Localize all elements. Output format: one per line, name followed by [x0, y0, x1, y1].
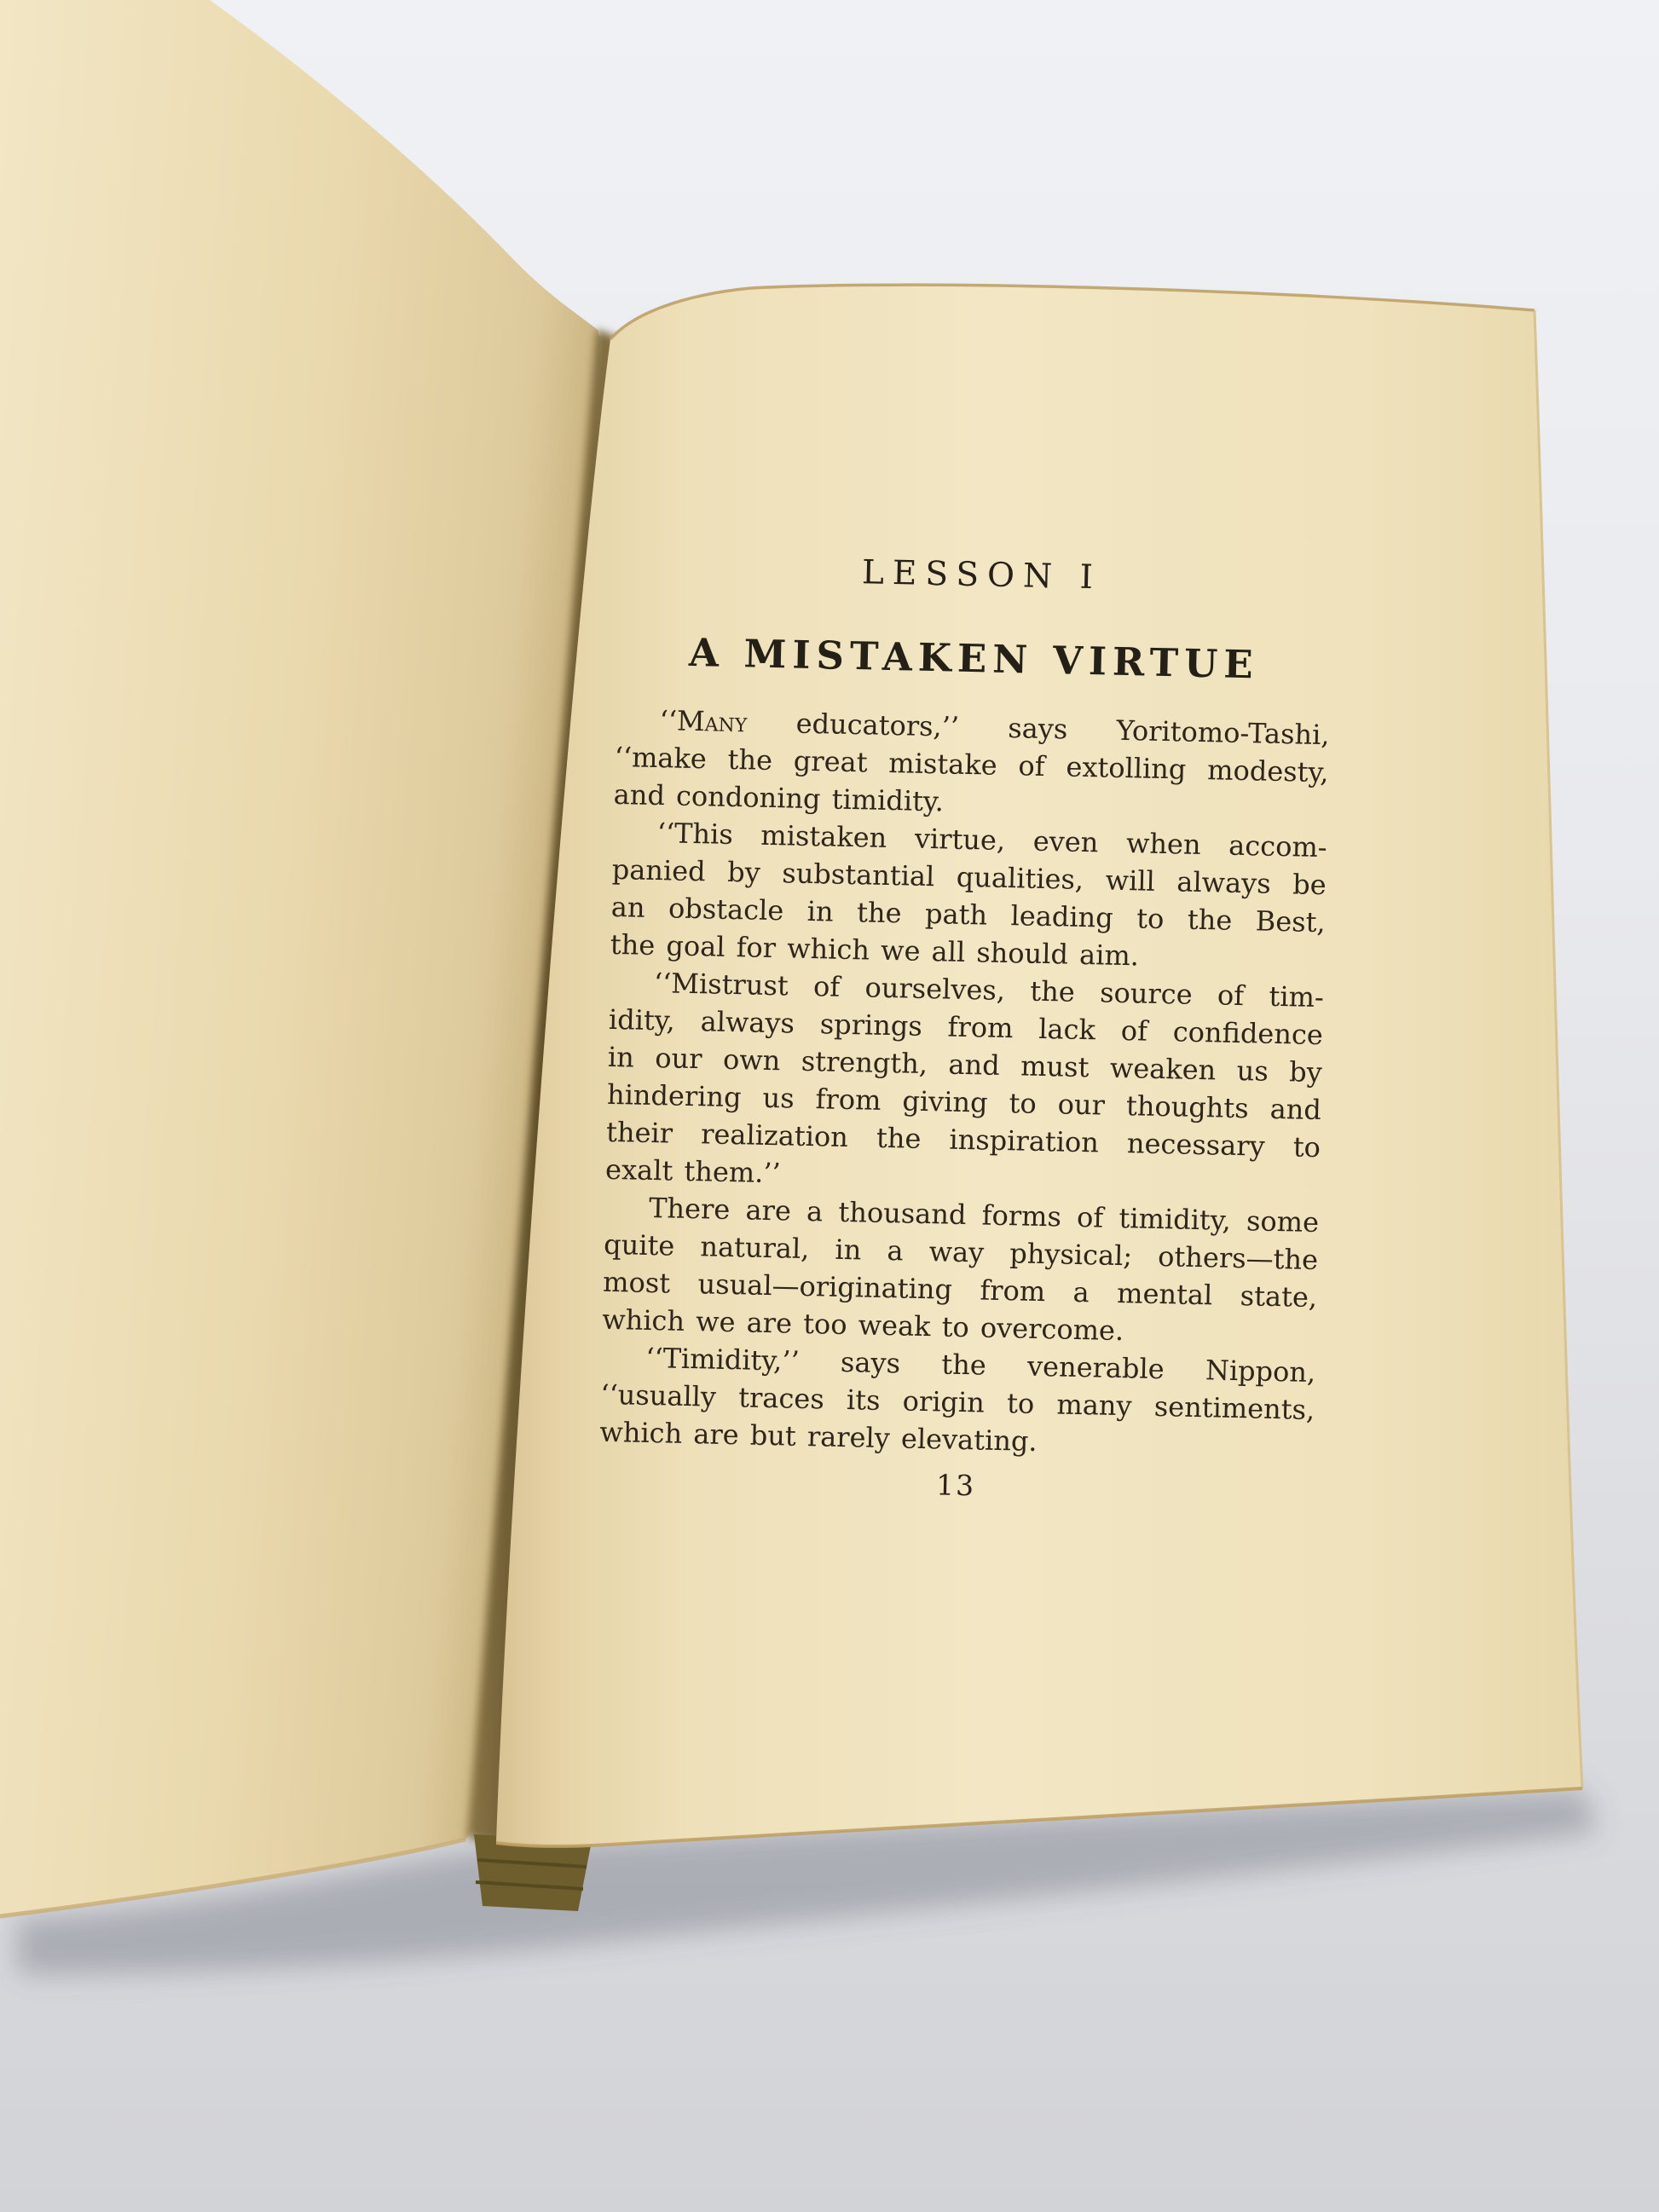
page-text: LESSON I A MISTAKEN VIRTUE ‘‘Many educat…	[598, 551, 1333, 1510]
open-quote: ‘‘	[659, 704, 677, 736]
chapter-title: A MISTAKEN VIRTUE	[616, 632, 1332, 685]
paragraph: ‘‘This mistaken virtue, even when accom-…	[610, 813, 1327, 979]
book-photo: LESSON I A MISTAKEN VIRTUE ‘‘Many educat…	[0, 0, 1659, 2212]
paragraph: ‘‘Mistrust of ourselves, the source of t…	[605, 963, 1325, 1204]
paragraph: ‘‘Many educators,’’ says Yoritomo-Tashi,…	[613, 701, 1330, 829]
body-paragraphs: ‘‘Many educators,’’ says Yoritomo-Tashi,…	[599, 701, 1330, 1466]
paragraph: ‘‘Timidity,’’ says the venerable Nippon,…	[599, 1338, 1316, 1466]
small-caps-word: Many	[677, 705, 748, 739]
paragraph: There are a thousand forms of timidity, …	[602, 1188, 1320, 1354]
